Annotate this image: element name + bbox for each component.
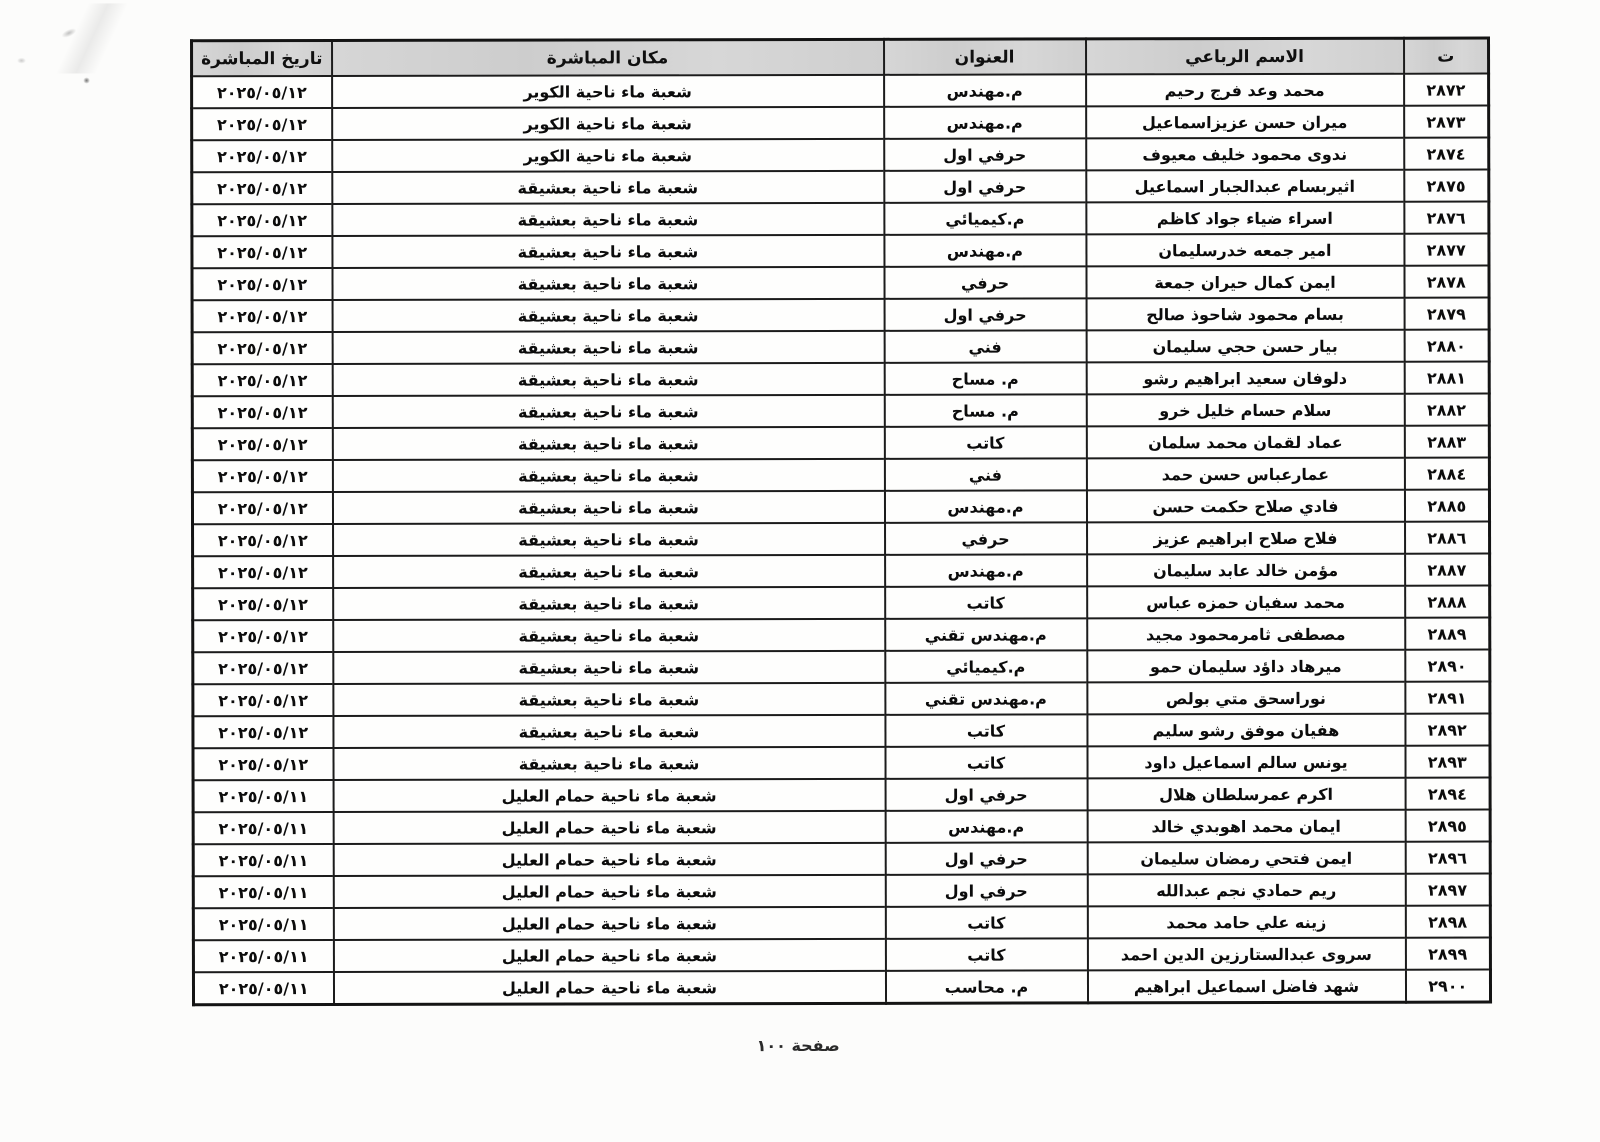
title-cell: م.مهندس تقني — [885, 682, 1087, 714]
table-row: ٢٨٨٢سلام حسام خليل خروم. مساحشعبة ماء نا… — [192, 394, 1489, 429]
title-cell: م.مهندس — [885, 554, 1087, 586]
scan-speck — [17, 58, 26, 64]
date-cell: ٢٠٢٥/٠٥/١٢ — [192, 172, 332, 204]
place-cell: شعبة ماء ناحية بعشيقة — [333, 555, 885, 588]
title-cell: حرفي اول — [884, 170, 1086, 202]
place-cell: شعبة ماء ناحية بعشيقة — [333, 683, 885, 716]
place-cell: شعبة ماء ناحية حمام العليل — [333, 939, 885, 972]
name-cell: شهد فاضل اسماعيل ابراهيم — [1087, 970, 1405, 1003]
title-cell: م. محاسب — [885, 970, 1087, 1003]
date-cell: ٢٠٢٥/٠٥/١٢ — [192, 140, 332, 172]
date-cell: ٢٠٢٥/٠٥/١٢ — [193, 556, 333, 588]
header-date-of-commencement: تاريخ المباشرة — [192, 40, 332, 76]
place-cell: شعبة ماء ناحية بعشيقة — [333, 587, 885, 620]
table-row: ٢٨٨٤عمارعباس حسن حمدفنيشعبة ماء ناحية بع… — [192, 458, 1489, 493]
title-cell: كاتب — [885, 586, 1087, 618]
serial-cell: ٢٨٩٦ — [1405, 842, 1490, 874]
serial-cell: ٢٨٨٠ — [1404, 330, 1489, 362]
title-cell: كاتب — [885, 938, 1087, 970]
date-cell: ٢٠٢٥/٠٥/١٢ — [192, 76, 332, 108]
title-cell: م. مساح — [884, 362, 1086, 394]
place-cell: شعبة ماء ناحية الكوير — [332, 139, 884, 172]
place-cell: شعبة ماء ناحية حمام العليل — [333, 779, 885, 812]
serial-cell: ٢٨٨٨ — [1405, 586, 1490, 618]
name-cell: سروى عبدالستارزين الدين احمد — [1087, 938, 1405, 971]
place-cell: شعبة ماء ناحية بعشيقة — [332, 491, 884, 524]
title-cell: كاتب — [885, 906, 1087, 938]
date-cell: ٢٠٢٥/٠٥/١٢ — [192, 236, 332, 268]
date-cell: ٢٠٢٥/٠٥/١٢ — [193, 748, 333, 780]
date-cell: ٢٠٢٥/٠٥/١٢ — [192, 396, 332, 428]
serial-cell: ٢٨٧٢ — [1404, 74, 1489, 106]
serial-cell: ٢٨٩٠ — [1405, 650, 1490, 682]
title-cell: كاتب — [884, 426, 1086, 458]
serial-cell: ٢٨٩٢ — [1405, 714, 1490, 746]
name-cell: امير جمعه خدرسليمان — [1086, 234, 1404, 267]
title-cell: م.مهندس — [884, 74, 1086, 106]
name-cell: بيار حسن حجي سليمان — [1086, 330, 1404, 363]
name-cell: سلام حسام خليل خرو — [1086, 394, 1404, 427]
serial-cell: ٢٨٧٨ — [1404, 266, 1489, 298]
serial-cell: ٢٨٧٣ — [1404, 106, 1489, 138]
date-cell: ٢٠٢٥/٠٥/١٢ — [193, 620, 333, 652]
date-cell: ٢٠٢٥/٠٥/١١ — [193, 876, 333, 908]
table-row: ٢٨٩١نوراسحق متي بولصم.مهندس تقنيشعبة ماء… — [193, 682, 1490, 717]
place-cell: شعبة ماء ناحية حمام العليل — [333, 843, 885, 876]
name-cell: زينه علي حامد محمد — [1087, 906, 1405, 939]
date-cell: ٢٠٢٥/٠٥/١٢ — [192, 204, 332, 236]
serial-cell: ٢٨٨٧ — [1405, 554, 1490, 586]
place-cell: شعبة ماء ناحية حمام العليل — [333, 875, 885, 908]
scan-sheet: ت الاسم الرباعي العنوان مكان المباشرة تا… — [0, 0, 1600, 1142]
title-cell: حرفي اول — [885, 778, 1087, 810]
date-cell: ٢٠٢٥/٠٥/١٢ — [192, 332, 332, 364]
serial-cell: ٢٨٨٤ — [1404, 458, 1489, 490]
header-job-title: العنوان — [884, 39, 1086, 75]
serial-cell: ٢٨٩٧ — [1405, 874, 1490, 906]
serial-cell: ٢٨٧٧ — [1404, 234, 1489, 266]
serial-cell: ٢٨٨٢ — [1404, 394, 1489, 426]
place-cell: شعبة ماء ناحية بعشيقة — [333, 715, 885, 748]
scan-streak-artifact — [7, 3, 177, 73]
title-cell: م.مهندس — [884, 106, 1086, 138]
title-cell: م.مهندس تقني — [885, 618, 1087, 650]
serial-cell: ٢٨٩٩ — [1405, 938, 1490, 970]
table-row: ٢٨٧٦اسراء ضياء جواد كاظمم.كيميائيشعبة ما… — [192, 202, 1489, 237]
name-cell: ندوى محمود خليف معيوف — [1086, 138, 1404, 171]
date-cell: ٢٠٢٥/٠٥/١٢ — [192, 268, 332, 300]
table-row: ٢٨٩٨زينه علي حامد محمدكاتبشعبة ماء ناحية… — [193, 906, 1490, 941]
table-row: ٢٨٧٤ندوى محمود خليف معيوفحرفي اولشعبة ما… — [192, 138, 1489, 173]
title-cell: م.كيميائي — [884, 202, 1086, 234]
name-cell: اسراء ضياء جواد كاظم — [1086, 202, 1404, 235]
date-cell: ٢٠٢٥/٠٥/١٢ — [193, 716, 333, 748]
table-row: ٢٨٩٦ايمن فتحي رمضان سليمانحرفي اولشعبة م… — [193, 842, 1490, 877]
table-row: ٢٨٩٤اكرم عمرسلطان هلالحرفي اولشعبة ماء ن… — [193, 778, 1490, 813]
name-cell: ايمن فتحي رمضان سليمان — [1087, 842, 1405, 875]
table-row: ٢٨٩٧ريم حمادي نجم عبداللهحرفي اولشعبة ما… — [193, 874, 1490, 909]
table-body: ٢٨٧٢محمد وعد فرج رحيمم.مهندسشعبة ماء ناح… — [192, 74, 1491, 1005]
table-row: ٢٨٨٦فلاح صلاح ابراهيم عزيزحرفيشعبة ماء ن… — [193, 522, 1490, 557]
title-cell: م.كيميائي — [885, 650, 1087, 682]
title-cell: فني — [884, 330, 1086, 362]
place-cell: شعبة ماء ناحية بعشيقة — [332, 171, 884, 204]
date-cell: ٢٠٢٥/٠٥/١٢ — [192, 492, 332, 524]
title-cell: م.مهندس — [884, 490, 1086, 522]
serial-cell: ٢٩٠٠ — [1405, 970, 1490, 1003]
name-cell: ميران حسن عزيزاسماعيل — [1086, 106, 1404, 139]
title-cell: فني — [884, 458, 1086, 490]
serial-cell: ٢٨٩٨ — [1405, 906, 1490, 938]
place-cell: شعبة ماء ناحية حمام العليل — [333, 811, 885, 844]
table-row: ٢٨٧٣ميران حسن عزيزاسماعيلم.مهندسشعبة ماء… — [192, 106, 1489, 141]
table-row: ٢٨٨٩مصطفى ثامرمحمود مجيدم.مهندس تقنيشعبة… — [193, 618, 1490, 653]
table-row: ٢٨٧٨ايمن كمال حيران جمعةحرفيشعبة ماء ناح… — [192, 266, 1489, 301]
table-row: ٢٨٩٢هفيان موفق رشو سليمكاتبشعبة ماء ناحي… — [193, 714, 1490, 749]
name-cell: ايمن كمال حيران جمعة — [1086, 266, 1404, 299]
serial-cell: ٢٨٨٦ — [1405, 522, 1490, 554]
name-cell: نوراسحق متي بولص — [1087, 682, 1405, 715]
table-row: ٢٩٠٠شهد فاضل اسماعيل ابراهيمم. محاسبشعبة… — [193, 970, 1490, 1005]
place-cell: شعبة ماء ناحية بعشيقة — [333, 523, 885, 556]
title-cell: كاتب — [885, 746, 1087, 778]
serial-cell: ٢٨٩٣ — [1405, 746, 1490, 778]
table-row: ٢٨٧٥اثيربسام عبدالجبار اسماعيلحرفي اولشع… — [192, 170, 1489, 205]
name-cell: مؤمن خالد عابد سليمان — [1087, 554, 1405, 587]
date-cell: ٢٠٢٥/٠٥/١٢ — [192, 108, 332, 140]
table-row: ٢٨٧٩بسام محمود شاحوذ صالححرفي اولشعبة ما… — [192, 298, 1489, 333]
date-cell: ٢٠٢٥/٠٥/١١ — [193, 940, 333, 972]
date-cell: ٢٠٢٥/٠٥/١١ — [193, 908, 333, 940]
name-cell: مصطفى ثامرمحمود مجيد — [1087, 618, 1405, 651]
place-cell: شعبة ماء ناحية بعشيقة — [332, 235, 884, 268]
serial-cell: ٢٨٨٩ — [1405, 618, 1490, 650]
page-number: صفحة ١٠٠ — [743, 1036, 853, 1055]
serial-cell: ٢٨٧٤ — [1404, 138, 1489, 170]
title-cell: حرفي — [884, 266, 1086, 298]
title-cell: كاتب — [885, 714, 1087, 746]
place-cell: شعبة ماء ناحية بعشيقة — [333, 747, 885, 780]
date-cell: ٢٠٢٥/٠٥/١٢ — [193, 524, 333, 556]
date-cell: ٢٠٢٥/٠٥/١٢ — [192, 364, 332, 396]
title-cell: حرفي اول — [884, 138, 1086, 170]
serial-cell: ٢٨٧٦ — [1404, 202, 1489, 234]
serial-cell: ٢٨٧٥ — [1404, 170, 1489, 202]
place-cell: شعبة ماء ناحية الكوير — [332, 75, 884, 108]
place-cell: شعبة ماء ناحية بعشيقة — [332, 395, 884, 428]
table-row: ٢٨٨١دلوفان سعيد ابراهيم رشوم. مساحشعبة م… — [192, 362, 1489, 397]
name-cell: هفيان موفق رشو سليم — [1087, 714, 1405, 747]
table-row: ٢٨٩٥ايمان محمد اهوبدي خالدم.مهندسشعبة ما… — [193, 810, 1490, 845]
date-cell: ٢٠٢٥/٠٥/١٢ — [192, 428, 332, 460]
title-cell: حرفي — [885, 522, 1087, 554]
title-cell: حرفي اول — [885, 842, 1087, 874]
place-cell: شعبة ماء ناحية حمام العليل — [333, 971, 885, 1005]
name-cell: يونس سالم اسماعيل داود — [1087, 746, 1405, 779]
title-cell: م.مهندس — [884, 234, 1086, 266]
date-cell: ٢٠٢٥/٠٥/١٢ — [193, 652, 333, 684]
date-cell: ٢٠٢٥/٠٥/١١ — [193, 844, 333, 876]
table-row: ٢٨٨٧مؤمن خالد عابد سليمانم.مهندسشعبة ماء… — [193, 554, 1490, 589]
scanned-page: ت الاسم الرباعي العنوان مكان المباشرة تا… — [0, 0, 1600, 1142]
serial-cell: ٢٨٩١ — [1405, 682, 1490, 714]
place-cell: شعبة ماء ناحية بعشيقة — [332, 203, 884, 236]
scan-speck — [60, 26, 77, 39]
table-row: ٢٨٨٠بيار حسن حجي سليمانفنيشعبة ماء ناحية… — [192, 330, 1489, 365]
name-cell: فلاح صلاح ابراهيم عزيز — [1087, 522, 1405, 555]
header-full-name: الاسم الرباعي — [1086, 38, 1404, 74]
serial-cell: ٢٨٨٥ — [1404, 490, 1489, 522]
name-cell: محمد وعد فرج رحيم — [1086, 74, 1404, 107]
table-row: ٢٨٧٢محمد وعد فرج رحيمم.مهندسشعبة ماء ناح… — [192, 74, 1489, 109]
title-cell: حرفي اول — [884, 298, 1086, 330]
name-cell: ايمان محمد اهوبدي خالد — [1087, 810, 1405, 843]
date-cell: ٢٠٢٥/٠٥/١١ — [193, 812, 333, 844]
name-cell: دلوفان سعيد ابراهيم رشو — [1086, 362, 1404, 395]
header-place-of-commencement: مكان المباشرة — [332, 39, 884, 76]
header-serial: ت — [1404, 38, 1489, 74]
date-cell: ٢٠٢٥/٠٥/١٢ — [192, 460, 332, 492]
place-cell: شعبة ماء ناحية بعشيقة — [333, 651, 885, 684]
place-cell: شعبة ماء ناحية بعشيقة — [332, 267, 884, 300]
place-cell: شعبة ماء ناحية بعشيقة — [333, 619, 885, 652]
table-row: ٢٨٨٥فادي صلاح حكمت حسنم.مهندسشعبة ماء نا… — [192, 490, 1489, 525]
scan-speck — [83, 77, 90, 83]
place-cell: شعبة ماء ناحية بعشيقة — [332, 427, 884, 460]
date-cell: ٢٠٢٥/٠٥/١١ — [193, 972, 333, 1005]
name-cell: عمارعباس حسن حمد — [1086, 458, 1404, 491]
name-cell: فادي صلاح حكمت حسن — [1086, 490, 1404, 523]
table-row: ٢٨٩٩سروى عبدالستارزين الدين احمدكاتبشعبة… — [193, 938, 1490, 973]
place-cell: شعبة ماء ناحية بعشيقة — [332, 299, 884, 332]
name-cell: عماد لقمان محمد سلمان — [1086, 426, 1404, 459]
date-cell: ٢٠٢٥/٠٥/١٢ — [193, 588, 333, 620]
title-cell: م.مهندس — [885, 810, 1087, 842]
commencement-table: ت الاسم الرباعي العنوان مكان المباشرة تا… — [190, 37, 1492, 1007]
date-cell: ٢٠٢٥/٠٥/١١ — [193, 780, 333, 812]
title-cell: حرفي اول — [885, 874, 1087, 906]
serial-cell: ٢٨٩٥ — [1405, 810, 1490, 842]
table-row: ٢٨٨٨محمد سفيان حمزه عباسكاتبشعبة ماء ناح… — [193, 586, 1490, 621]
table-row: ٢٨٨٣عماد لقمان محمد سلمانكاتبشعبة ماء نا… — [192, 426, 1489, 461]
table-header-row: ت الاسم الرباعي العنوان مكان المباشرة تا… — [192, 38, 1489, 76]
name-cell: ريم حمادي نجم عبدالله — [1087, 874, 1405, 907]
name-cell: اثيربسام عبدالجبار اسماعيل — [1086, 170, 1404, 203]
date-cell: ٢٠٢٥/٠٥/١٢ — [192, 300, 332, 332]
serial-cell: ٢٨٩٤ — [1405, 778, 1490, 810]
date-cell: ٢٠٢٥/٠٥/١٢ — [193, 684, 333, 716]
place-cell: شعبة ماء ناحية حمام العليل — [333, 907, 885, 940]
table-row: ٢٨٩٣يونس سالم اسماعيل داودكاتبشعبة ماء ن… — [193, 746, 1490, 781]
serial-cell: ٢٨٨١ — [1404, 362, 1489, 394]
name-cell: بسام محمود شاحوذ صالح — [1086, 298, 1404, 331]
serial-cell: ٢٨٨٣ — [1404, 426, 1489, 458]
name-cell: ميرهاد داؤد سليمان حمو — [1087, 650, 1405, 683]
title-cell: م. مساح — [884, 394, 1086, 426]
name-cell: محمد سفيان حمزه عباس — [1087, 586, 1405, 619]
table-row: ٢٨٩٠ميرهاد داؤد سليمان حموم.كيميائيشعبة … — [193, 650, 1490, 685]
serial-cell: ٢٨٧٩ — [1404, 298, 1489, 330]
place-cell: شعبة ماء ناحية بعشيقة — [332, 363, 884, 396]
place-cell: شعبة ماء ناحية الكوير — [332, 107, 884, 140]
place-cell: شعبة ماء ناحية بعشيقة — [332, 331, 884, 364]
place-cell: شعبة ماء ناحية بعشيقة — [332, 459, 884, 492]
table-row: ٢٨٧٧امير جمعه خدرسليمانم.مهندسشعبة ماء ن… — [192, 234, 1489, 269]
name-cell: اكرم عمرسلطان هلال — [1087, 778, 1405, 811]
